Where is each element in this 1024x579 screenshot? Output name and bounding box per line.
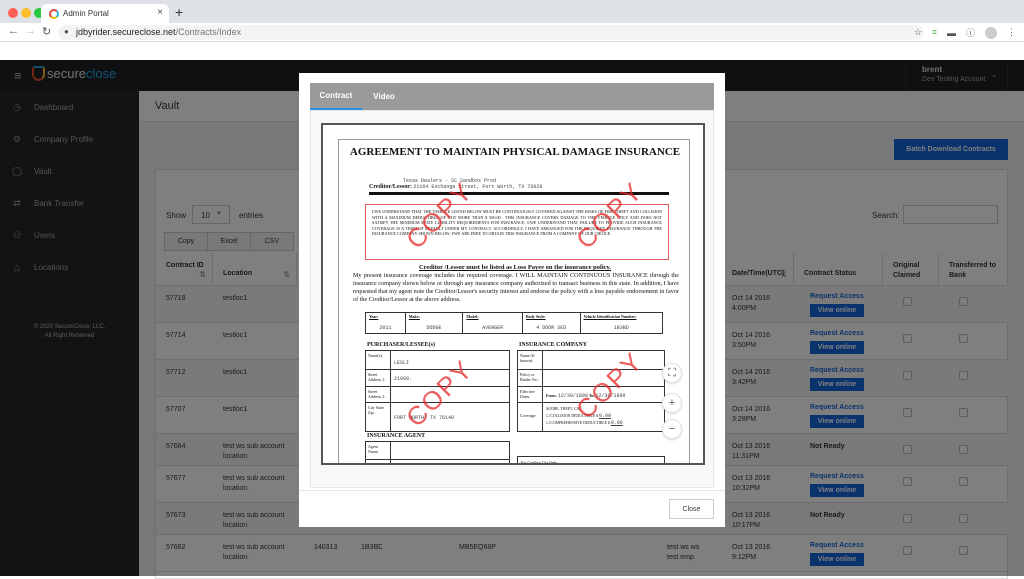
purchaser-street1-row: Street Address 1:21080. <box>366 370 509 387</box>
cell-divider <box>390 442 391 459</box>
coverage-amount: 0.00 <box>611 420 623 426</box>
modal-tabs: Contract Video <box>310 83 714 110</box>
coverage-paragraph: My present insurance coverage includes t… <box>353 272 679 304</box>
zoom-in-button[interactable]: + <box>662 393 682 413</box>
purchaser-street1: 21080. <box>394 376 412 382</box>
cell-divider <box>390 403 391 431</box>
coverage-item: ☐ COMPREHENSIVE DEDUCTIBLE $ 0.00 <box>546 420 623 427</box>
field-label: Policy or Binder No.: <box>520 372 540 382</box>
vehicle-header: Model: <box>466 314 478 319</box>
tab-contract[interactable]: Contract <box>310 83 362 110</box>
coverage-row: Coverage: ☒ FIRE, THEFT, CAC ☐ COLLISION… <box>518 403 664 431</box>
insurance-dates-row: Effective Dates: From: 12/30/1899 To: 12… <box>518 387 664 403</box>
cell-divider <box>390 460 391 465</box>
purchaser-name: LESLI <box>394 360 409 366</box>
field-label: Effective Dates: <box>520 389 540 399</box>
coverage-item: ☐ COLLISION DEDUCTIBLE $ 0.00 <box>546 413 623 420</box>
field-label: City State Zip: <box>368 405 388 415</box>
cell-divider <box>542 351 543 369</box>
vehicle-header: Vehicle Identification Number: <box>584 314 637 319</box>
extension-icons: ☆ ⌗ ▬ ⓘ ⋮ <box>914 26 1016 39</box>
document-canvas: AGREEMENT TO MAINTAIN PHYSICAL DAMAGE IN… <box>321 123 705 465</box>
coverage-label: FIRE, THEFT, CAC <box>550 407 581 411</box>
new-tab-button[interactable]: + <box>175 4 183 20</box>
vehicle-value: 1B3BD <box>581 325 662 331</box>
modal-footer: Close <box>299 490 725 527</box>
address-bar-row: ← → ↻ ● jdbyrider.secureclose.net/Contra… <box>0 23 1024 42</box>
browser-tab-bar: Admin Portal × + <box>0 0 1024 23</box>
cell-divider <box>390 370 391 386</box>
tab-close-icon[interactable]: × <box>157 7 163 18</box>
tab-title: Admin Portal <box>63 9 109 18</box>
url-input[interactable]: ● jdbyrider.secureclose.net/Contracts/In… <box>58 25 924 40</box>
creditor-address: 21164 Exchange Street, Fort Worth, TX 76… <box>413 184 542 190</box>
coverage-list: ☒ FIRE, THEFT, CAC ☐ COLLISION DEDUCTIBL… <box>546 406 623 427</box>
document-viewer[interactable]: AGREEMENT TO MAINTAIN PHYSICAL DAMAGE IN… <box>310 110 714 488</box>
purchaser-city: FORT WORTH, TX 76140 <box>394 415 454 421</box>
creditor-use-label: For Creditor Use Only: <box>521 460 558 465</box>
window-minimize-button[interactable] <box>21 8 31 18</box>
window-close-button[interactable] <box>8 8 18 18</box>
insurance-box: Name (If known): Policy or Binder No.: E… <box>517 350 665 432</box>
vehicle-model: Model:AVENGER <box>463 313 523 333</box>
purchaser-name-row: Name(s):LESLI <box>366 351 509 370</box>
document-page: AGREEMENT TO MAINTAIN PHYSICAL DAMAGE IN… <box>338 139 690 465</box>
favicon-icon <box>49 9 59 19</box>
vehicle-table: Year:2011 Make:DODGE Model:AVENGER Body … <box>365 312 663 334</box>
zoom-out-button[interactable]: − <box>662 419 682 439</box>
field-label: Street Address 1: <box>368 372 388 382</box>
menu-dots-icon[interactable]: ⋮ <box>1007 27 1016 38</box>
insurance-title: INSURANCE COMPANY <box>519 342 587 348</box>
field-label: Name (If known): <box>520 353 540 363</box>
forward-icon[interactable]: → <box>25 25 36 37</box>
insurance-name-row: Name (If known): <box>518 351 664 370</box>
coverage-label: COLLISION DEDUCTIBLE $ <box>550 414 598 418</box>
field-label: Agent Name: <box>368 444 388 454</box>
vehicle-header: Year: <box>369 314 378 319</box>
from-date: 12/30/1899 <box>558 393 588 399</box>
url-text: jdbyrider.secureclose.net/Contracts/Inde… <box>76 27 241 37</box>
reload-icon[interactable]: ↻ <box>42 25 51 38</box>
cast-extension-icon[interactable]: ▬ <box>947 28 956 38</box>
agent-street-row: Street <box>366 460 509 465</box>
vehicle-header: Body Style: <box>526 314 546 319</box>
insurance-policy-row: Policy or Binder No.: <box>518 370 664 387</box>
creditor-label: Creditor/Lessor: <box>369 184 412 190</box>
effective-dates: From: 12/30/1899 To: 12/30/1899 <box>546 393 625 399</box>
cell-divider <box>390 351 391 369</box>
fit-to-page-button[interactable]: ⛶ <box>662 363 682 383</box>
purchaser-city-row: City State Zip:FORT WORTH, TX 76140 <box>366 403 509 431</box>
bookmark-star-icon[interactable]: ☆ <box>914 27 922 38</box>
cell-divider <box>542 387 543 402</box>
cell-divider <box>390 387 391 402</box>
contract-modal: Contract Video AGREEMENT TO MAINTAIN PHY… <box>299 73 725 527</box>
browser-tab[interactable]: Admin Portal × <box>41 4 169 23</box>
agent-name-row: Agent Name: <box>366 442 509 460</box>
agent-box: Agent Name: Street <box>365 441 510 465</box>
vehicle-year: Year:2011 <box>366 313 406 333</box>
coverage-label: COMPREHENSIVE DEDUCTIBLE $ <box>550 421 609 425</box>
insurance-warning: I/WE UNDERSTAND THAT THE VEHICLE LISTED … <box>365 204 669 260</box>
document-title: AGREEMENT TO MAINTAIN PHYSICAL DAMAGE IN… <box>339 146 691 158</box>
vehicle-make: Make:DODGE <box>406 313 464 333</box>
creditor-block: Texas Dealers - SC Sandbox Prod Creditor… <box>369 178 542 190</box>
password-extension-icon[interactable]: ⓘ <box>966 26 975 39</box>
field-label: Coverage: <box>520 413 540 418</box>
tab-video[interactable]: Video <box>362 83 406 110</box>
screenshot-extension-icon[interactable]: ⌗ <box>932 27 937 38</box>
cell-divider <box>542 403 543 431</box>
to-label: To: <box>589 393 595 398</box>
from-label: From: <box>546 393 557 398</box>
coverage-amount: 0.00 <box>599 413 611 419</box>
purchaser-street2-row: Street Address 2: <box>366 387 509 403</box>
profile-avatar-icon[interactable] <box>985 27 997 39</box>
creditor-use-box: For Creditor Use Only: <box>517 456 665 465</box>
coverage-item: ☒ FIRE, THEFT, CAC <box>546 406 623 413</box>
vehicle-value: AVENGER <box>463 325 522 331</box>
purchaser-title: PURCHASER/LESSEE(s) <box>367 342 435 348</box>
vehicle-body-style: Body Style:4 DOOR SED <box>523 313 581 333</box>
vehicle-value: DODGE <box>406 325 463 331</box>
app: ≡ secureclose brent Dev Testing Account … <box>0 60 1024 576</box>
loss-payee-notice: Creditor /Lessor must be listed as Loss … <box>339 264 691 271</box>
purchaser-box: Name(s):LESLI Street Address 1:21080. St… <box>365 350 510 432</box>
lock-icon: ● <box>64 27 69 36</box>
field-label: Street <box>368 462 388 465</box>
close-button[interactable]: Close <box>669 499 714 519</box>
agent-title: INSURANCE AGENT <box>367 433 425 439</box>
field-label: Street Address 2: <box>368 389 388 399</box>
to-date: 12/30/1899 <box>595 393 625 399</box>
vehicle-value: 2011 <box>366 325 405 331</box>
back-icon[interactable]: ← <box>8 25 19 37</box>
divider <box>369 192 669 195</box>
vehicle-header: Make: <box>409 314 420 319</box>
url-path: /Contracts/Index <box>176 27 242 37</box>
vehicle-value: 4 DOOR SED <box>523 325 580 331</box>
field-label: Name(s): <box>368 353 388 358</box>
url-domain: jdbyrider.secureclose.net <box>76 27 176 37</box>
vehicle-vin: Vehicle Identification Number:1B3BD <box>581 313 662 333</box>
cell-divider <box>542 370 543 386</box>
